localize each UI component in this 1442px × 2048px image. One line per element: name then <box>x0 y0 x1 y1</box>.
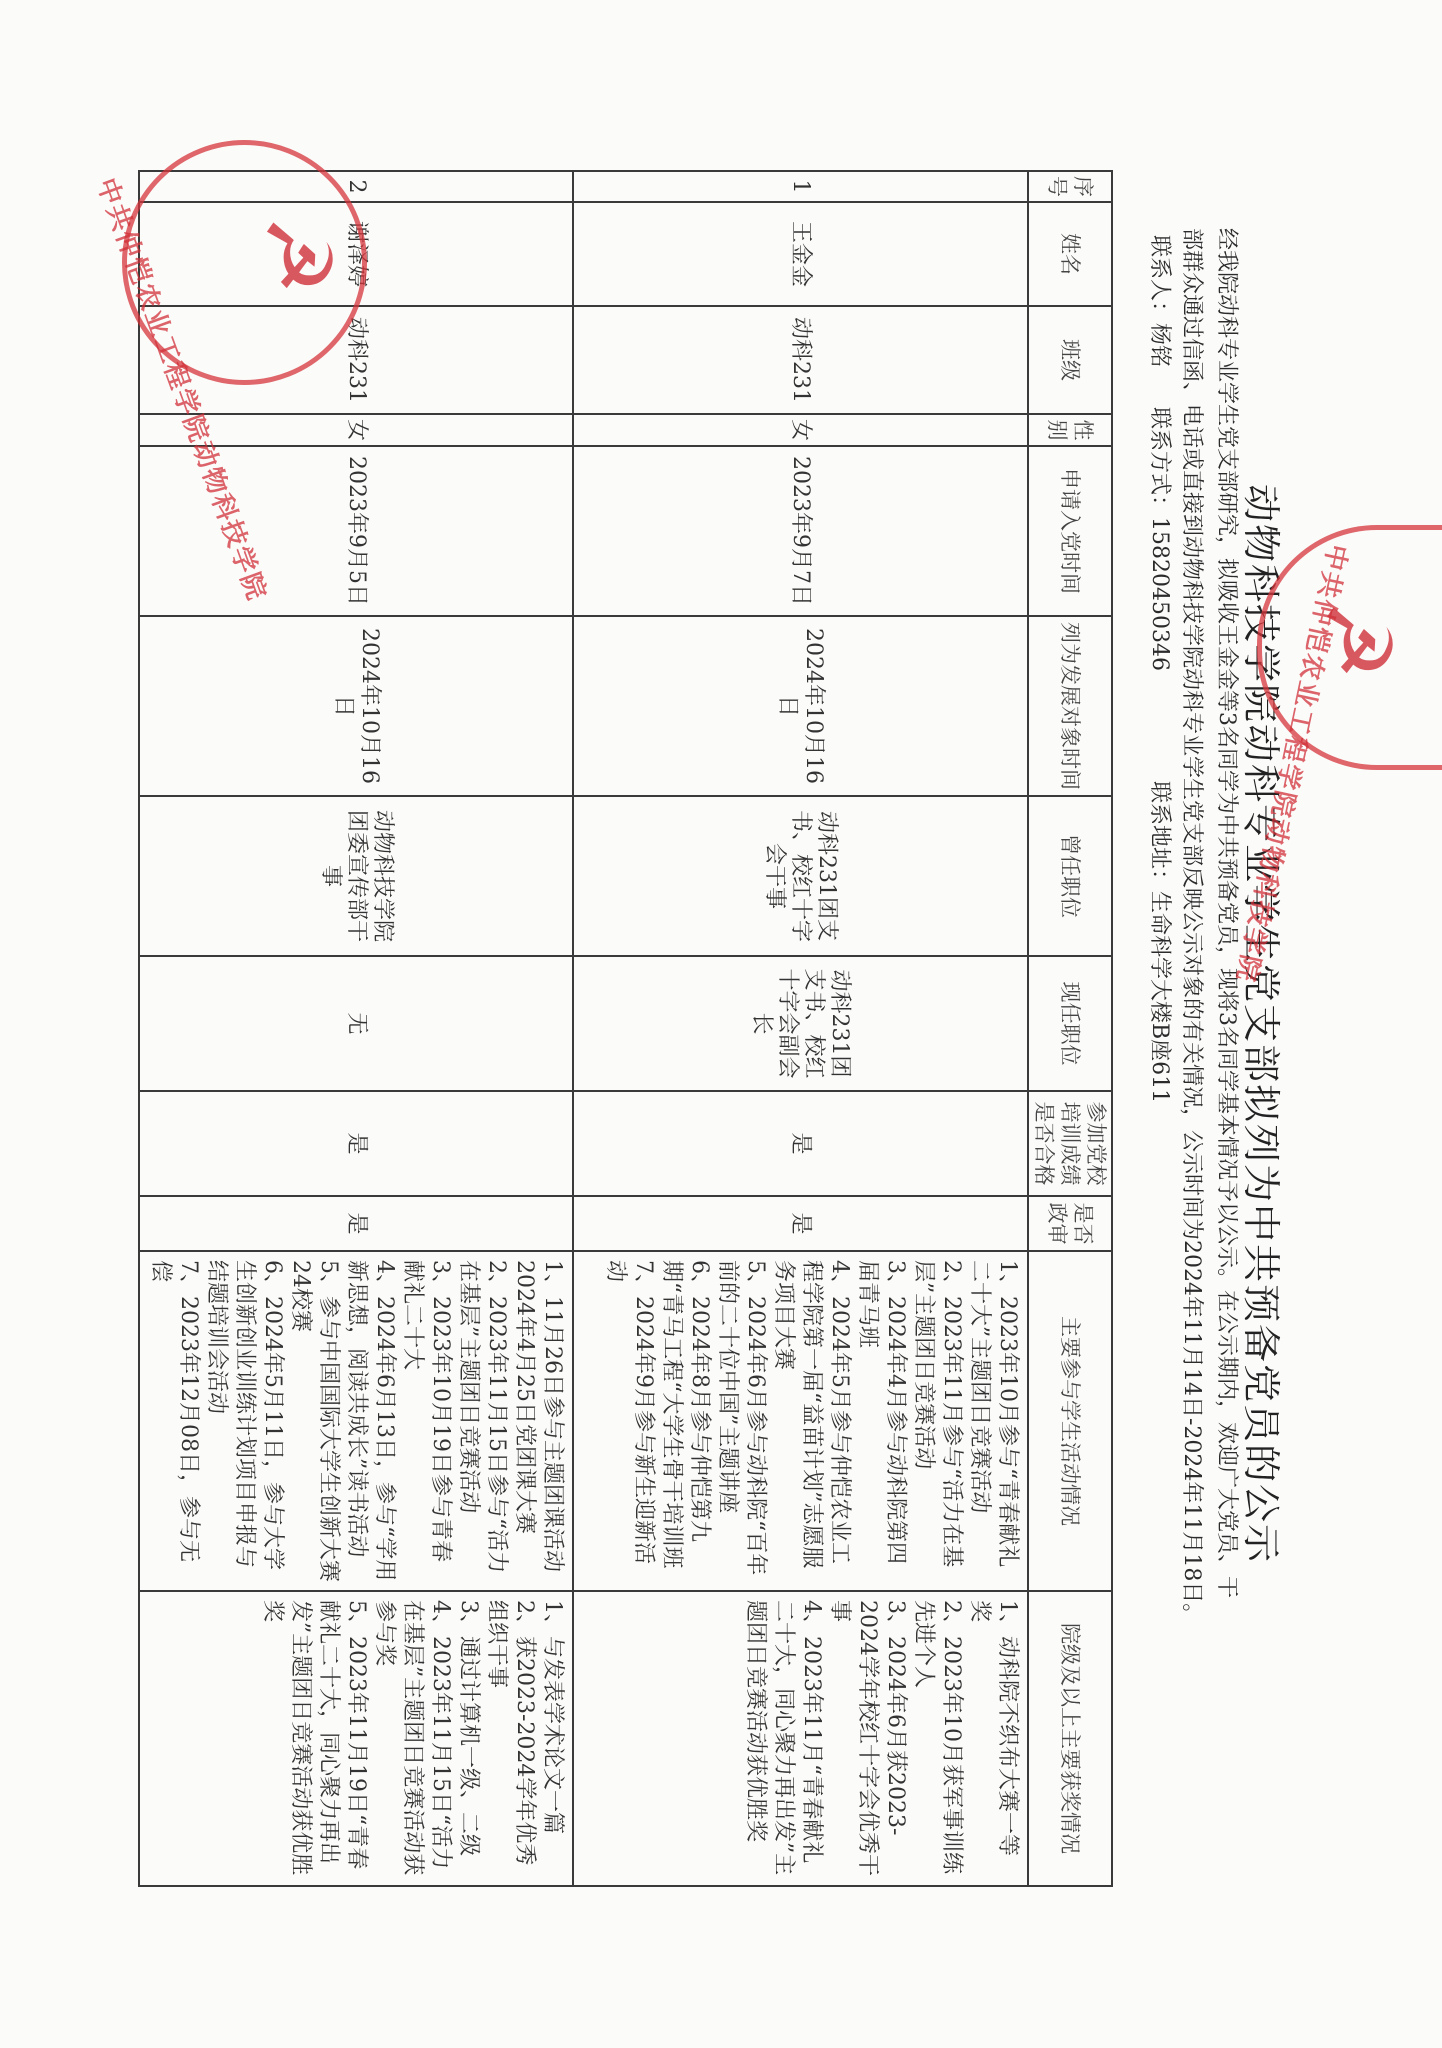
cell-party-school: 是 <box>139 1091 573 1196</box>
cell-activities: 1、11月26日参与主题团课活动2024年4月25日党团课大赛2、2023年11… <box>139 1251 573 1591</box>
cell-political-review: 是 <box>573 1196 1028 1251</box>
list-item: 4、2023年11月15日“活力在基层”主题团日竞赛活动获参与奖 <box>370 1600 454 1877</box>
header-awards: 院级及以上主要获奖情况 <box>1028 1591 1112 1886</box>
document-page: 动物科技学院动科专业学生党支部拟列为中共预备党员的公示 经我院动科专业学生党支部… <box>0 0 1442 2048</box>
header-name: 姓名 <box>1028 202 1112 306</box>
candidate-table: 序号 姓名 班级 性别 申请入党时间 列为发展对象时间 曾任职位 现任职位 参加… <box>138 170 1113 1887</box>
list-item: 7、2024年9月参与新生迎新活动 <box>601 1260 657 1582</box>
cell-current-position: 动科231团支书、校红十字会副会长 <box>573 956 1028 1091</box>
list-item: 5、2024年6月参与动科院“百年前的二十位中国”主题讲座 <box>713 1260 769 1582</box>
cell-candidate-date: 2024年10月16日 <box>139 616 573 796</box>
header-candidate-date: 列为发展对象时间 <box>1028 616 1112 796</box>
list-item: 4、2024年6月13日，参与“学用新思想，阅读共成长”读书活动 <box>342 1260 398 1582</box>
cell-previous-position: 动物科技学院团委宣传部干事 <box>139 796 573 956</box>
cell-awards: 1、动科院不织布大赛一等奖2、2023年10月获军事训练先进个人3、2024年6… <box>573 1591 1028 1886</box>
header-current-position: 现任职位 <box>1028 956 1112 1091</box>
list-item: 4、2024年5月参与仲恺农业工程学院第一届“益苗计划”志愿服务项目大赛 <box>769 1260 853 1582</box>
contact-info: 联系人：杨铭联系方式：15820450346联系地址：生命科学大楼B座611 <box>1146 235 1172 1103</box>
header-political-review: 是否政审 <box>1028 1196 1112 1251</box>
list-item: 4、2023年11月“青春献礼二十大，同心聚力再出发”主题团日竞赛活动获优胜奖 <box>741 1600 825 1877</box>
party-emblem-icon: ☭ <box>252 215 342 296</box>
list-item: 5、2023年11月19日“青春献礼二十大，同心聚力再出发”主题团日竞赛活动获优… <box>258 1600 370 1877</box>
table-header-row: 序号 姓名 班级 性别 申请入党时间 列为发展对象时间 曾任职位 现任职位 参加… <box>1028 171 1112 1886</box>
list-item: 2、2023年11月参与“活力在基层”主题团日竞赛活动 <box>909 1260 965 1582</box>
list-item: 1、与发表学术论文一篇 <box>538 1600 566 1877</box>
list-item: 2、2023年10月获军事训练先进个人 <box>909 1600 965 1877</box>
cell-apply-date: 2023年9月7日 <box>573 446 1028 616</box>
list-item: 1、动科院不织布大赛一等奖 <box>965 1600 1021 1877</box>
list-item: 1、11月26日参与主题团课活动 <box>538 1260 566 1582</box>
cell-previous-position: 动科231团支书、校红十字会干事 <box>573 796 1028 956</box>
cell-candidate-date: 2024年10月16日 <box>573 616 1028 796</box>
table-row: 1 王金金 动科231 女 2023年9月7日 2024年10月16日 动科23… <box>573 171 1028 1886</box>
header-activities: 主要参与学生活动情况 <box>1028 1251 1112 1591</box>
header-class: 班级 <box>1028 306 1112 414</box>
cell-activities: 1、2023年10月参与“青春献礼二十大”主题团日竞赛活动2、2023年11月参… <box>573 1251 1028 1591</box>
list-item: 3、2023年10月19日参与青春献礼二十大 <box>398 1260 454 1582</box>
list-item: 3、通过计算机一级、二级 <box>454 1600 482 1877</box>
cell-gender: 女 <box>573 414 1028 446</box>
notice-line-2: 部群众通过信函、电话或直接到动物科技学院动科专业学生党支部反映公示对象的有关情况… <box>1178 228 1204 1625</box>
cell-index: 1 <box>573 171 1028 202</box>
cell-class: 动科231 <box>573 306 1028 414</box>
contact-phone: 联系方式：15820450346 <box>1147 407 1172 671</box>
header-gender: 性别 <box>1028 414 1112 446</box>
list-item: 2、2023年11月15日参与“活力在基层”主题团日竞赛活动 <box>454 1260 510 1582</box>
header-apply-date: 申请入党时间 <box>1028 446 1112 616</box>
header-previous-position: 曾任职位 <box>1028 796 1112 956</box>
list-item: 3、2024年6月获2023-2024学年校红十字会优秀干事 <box>825 1600 909 1877</box>
header-party-school: 参加党校培训成绩是否合格 <box>1028 1091 1112 1196</box>
contact-person: 联系人：杨铭 <box>1147 235 1172 367</box>
list-item: 1、2023年10月参与“青春献礼二十大”主题团日竞赛活动 <box>965 1260 1021 1582</box>
list-item: 2、获2023-2024学年优秀组织干事 <box>482 1600 538 1877</box>
cell-political-review: 是 <box>139 1196 573 1251</box>
list-item: 6、2024年8月参与仲恺第九期“青马工程“大学生骨干培训班 <box>657 1260 713 1582</box>
list-item: 5、参与中国国际大学生创新大赛24校赛 <box>286 1260 342 1582</box>
cell-current-position: 无 <box>139 956 573 1091</box>
list-item: 6、2024年5月11日，参与大学生创新创业训练计划项目申报与结题培训会活动 <box>202 1260 286 1582</box>
notice-line-1: 经我院动科专业学生党支部研究，拟吸收王金金等3名同学为中共预备党员，现将3名同学… <box>1213 228 1239 1598</box>
list-item: 2024年4月25日党团课大赛 <box>510 1260 538 1582</box>
list-item: 7、2023年12月08日，参与无偿 <box>146 1260 202 1582</box>
contact-address: 联系地址：生命科学大楼B座611 <box>1147 781 1172 1103</box>
header-index: 序号 <box>1028 171 1112 202</box>
cell-awards: 1、与发表学术论文一篇2、获2023-2024学年优秀组织干事3、通过计算机一级… <box>139 1591 573 1886</box>
cell-name: 王金金 <box>573 202 1028 306</box>
official-seal-left: ☭ 中共仲恺农业工程学院动物科技学院 <box>122 140 367 385</box>
cell-party-school: 是 <box>573 1091 1028 1196</box>
list-item: 3、2024年4月参与动科院第四届青马班 <box>853 1260 909 1582</box>
document-title: 动物科技学院动科专业学生党支部拟列为中共预备党员的公示 <box>1237 0 1292 2048</box>
